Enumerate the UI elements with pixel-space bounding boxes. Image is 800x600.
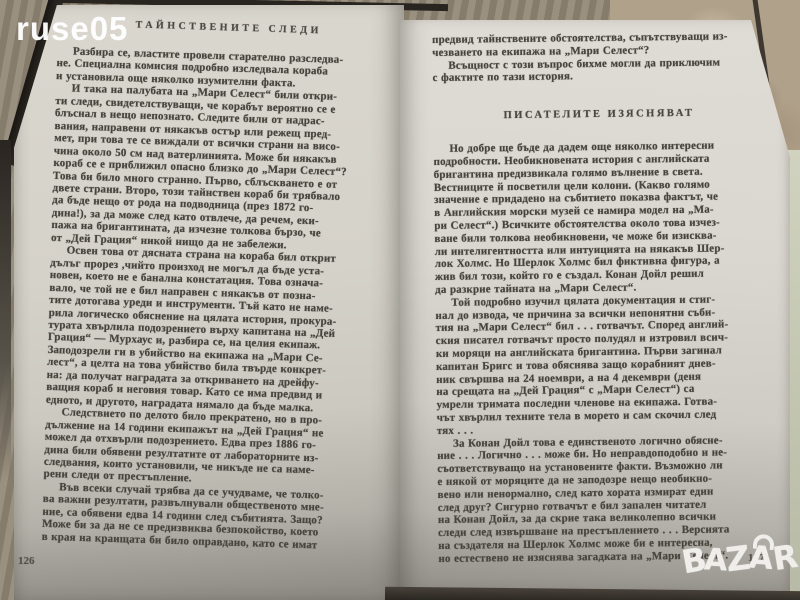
chapter-heading: ПИСАТЕЛИТЕ ИЗЯСНЯВАТ xyxy=(433,107,765,122)
paragraph: И така на палубата на „Мари Селест“ били… xyxy=(51,82,398,255)
book-cover-edge-left-lower xyxy=(0,140,11,480)
book-photo: ТАЙНСТВЕНИТЕ СЛЕДИ Разбира се, властите … xyxy=(0,0,800,600)
paragraph: Той подробно изучил цялата документация … xyxy=(435,293,769,438)
left-page-text-block: ТАЙНСТВЕНИТЕ СЛЕДИ Разбира се, властите … xyxy=(41,17,399,554)
left-page: ТАЙНСТВЕНИТЕ СЛЕДИ Разбира се, властите … xyxy=(14,5,404,600)
right-page: предвид тайнствените обстоятелства, съпъ… xyxy=(400,20,790,592)
watermark-bazar-logo: B A Z A R xyxy=(681,540,797,577)
paragraph: Във всеки случай трябва да се учудваме, … xyxy=(41,481,385,554)
logo-letter: R xyxy=(770,540,799,575)
shopping-bag-icon: A xyxy=(748,542,774,575)
paragraph: Освен това от дясната страна на кораба б… xyxy=(46,244,393,417)
page-number-left: 126 xyxy=(18,555,35,567)
paragraph: Но добре ще бъде да дадем още няколко ин… xyxy=(433,139,767,297)
paragraph: Всъщност с този въпрос бихме могли да пр… xyxy=(432,56,764,86)
paragraph: Следствието по делото било прекратено, н… xyxy=(43,406,387,491)
watermark-ruse05: ruse05 xyxy=(16,10,128,48)
right-page-text-block: предвид тайнствените обстоятелства, съпъ… xyxy=(432,30,770,566)
